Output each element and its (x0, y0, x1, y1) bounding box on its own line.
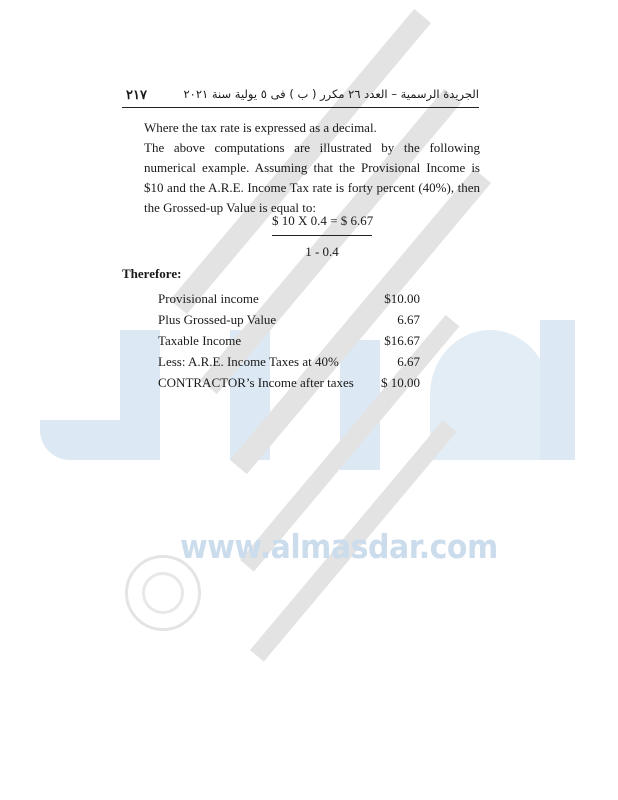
row-label: CONTRACTOR’s Income after taxes (158, 372, 354, 393)
table-row: Provisional income $10.00 (158, 288, 420, 309)
formula-denominator: 1 - 0.4 (272, 236, 372, 260)
row-value: $ 10.00 (381, 372, 420, 393)
table-row: Less: A.R.E. Income Taxes at 40% 6.67 (158, 351, 420, 372)
paragraph-1: Where the tax rate is expressed as a dec… (144, 118, 480, 138)
row-value: $16.67 (384, 330, 420, 351)
table-row: Taxable Income $16.67 (158, 330, 420, 351)
page-number: ٢١٧ (126, 87, 147, 103)
gazette-title: الجريدة الرسمية – العدد ٢٦ مكرر ( ب ) فى… (183, 87, 479, 101)
row-label: Taxable Income (158, 330, 241, 351)
paragraph-2: The above computations are illustrated b… (144, 138, 480, 218)
row-value: $10.00 (384, 288, 420, 309)
seal-icon (125, 555, 201, 631)
watermark-url: www.almasdar.com (180, 528, 498, 567)
computation-table: Provisional income $10.00 Plus Grossed-u… (158, 288, 420, 393)
table-row: Plus Grossed-up Value 6.67 (158, 309, 420, 330)
grossed-up-formula: $ 10 X 0.4 = $ 6.67 1 - 0.4 (272, 213, 372, 260)
page-header: ٢١٧ الجريدة الرسمية – العدد ٢٦ مكرر ( ب … (122, 85, 479, 108)
row-value: 6.67 (397, 309, 420, 330)
therefore-label: Therefore: (122, 266, 181, 282)
row-label: Plus Grossed-up Value (158, 309, 276, 330)
row-label: Provisional income (158, 288, 259, 309)
table-row: CONTRACTOR’s Income after taxes $ 10.00 (158, 372, 420, 393)
row-label: Less: A.R.E. Income Taxes at 40% (158, 351, 339, 372)
row-value: 6.67 (397, 351, 420, 372)
formula-numerator: $ 10 X 0.4 = $ 6.67 (272, 213, 372, 236)
